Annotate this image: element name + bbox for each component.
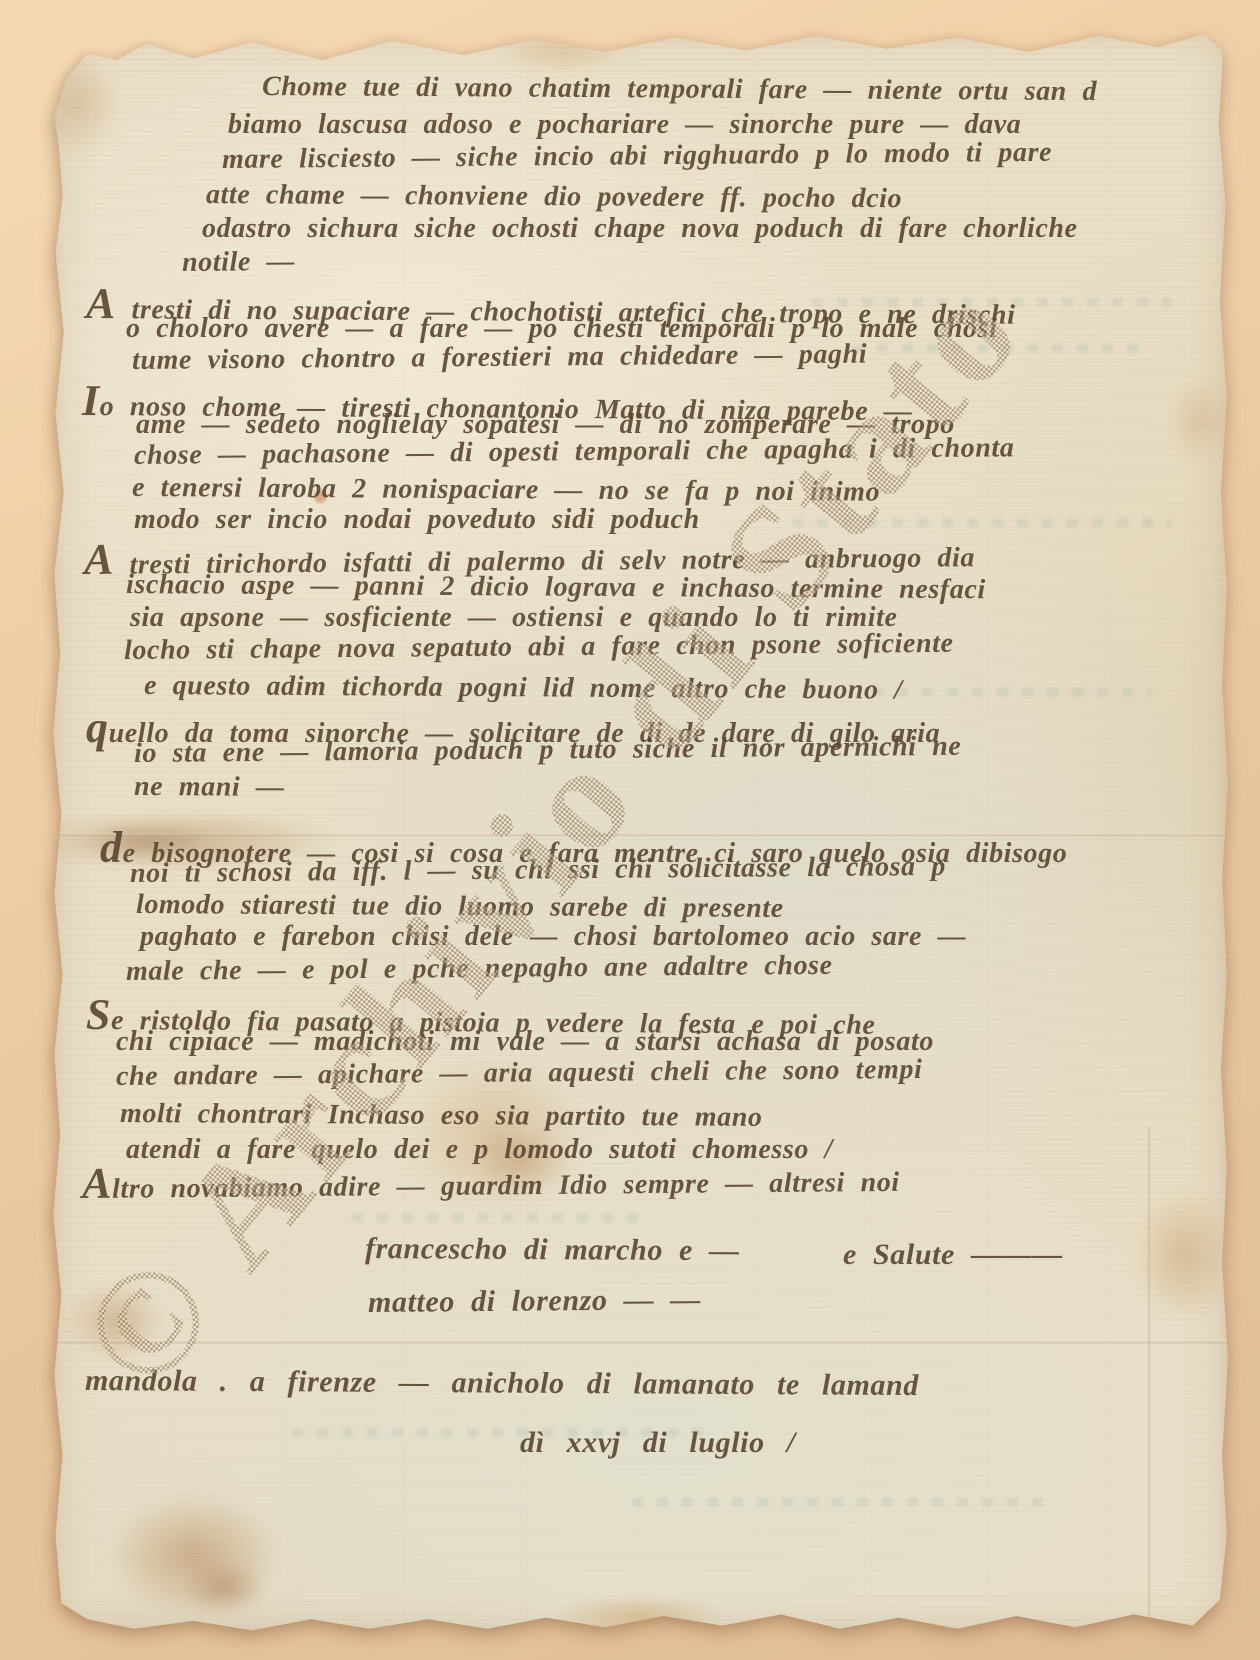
- manuscript-line: noi ti schosi da iff. l — su chi ssi chi…: [130, 853, 946, 888]
- manuscript-line: odastro sichura siche ochosti chape nova…: [202, 215, 1078, 243]
- manuscript-line: che andare — apichare — aria aquesti che…: [116, 1056, 923, 1091]
- manuscript-line: locho sti chape nova sepatuto abi a fare…: [124, 630, 954, 665]
- manuscript-line: biamo lascusa adoso e pochariare — sinor…: [228, 111, 1021, 139]
- manuscript-line: Altro novabiamo adire — guardim Idio sem…: [82, 1155, 900, 1206]
- manuscript-line: paghato e farebon chisi dele — chosi bar…: [140, 923, 966, 951]
- handwriting-layer: Chome tue di vano chatim temporali fare …: [0, 0, 1260, 1660]
- signature-salute: e Salute ———: [843, 1240, 1063, 1270]
- manuscript-line: tume visono chontro a forestieri ma chid…: [132, 341, 867, 375]
- manuscript-line: modo ser incio nodai poveduto sidi poduc…: [134, 506, 700, 534]
- manuscript-line: e questo adim tichorda pogni lid nome al…: [144, 672, 903, 705]
- scan-background: Chome tue di vano chatim temporali fare …: [0, 0, 1260, 1660]
- manuscript-line: sia apsone — sosficiente — ostiensi e qu…: [130, 604, 898, 632]
- manuscript-line: io sta ene — lamoria poduch p tuto siche…: [134, 733, 962, 768]
- manuscript-line: male che — e pol e pche nepagho ane adal…: [126, 952, 833, 986]
- manuscript-line: notile —: [182, 248, 295, 277]
- address-line: mandola . a firenze — anicholo di lamana…: [85, 1366, 919, 1401]
- signature-partner: matteo di lorenzo — —: [368, 1285, 701, 1318]
- manuscript-line: Chome tue di vano chatim temporali fare …: [262, 73, 1097, 106]
- manuscript-line: e tenersi laroba 2 nonispaciare — no se …: [132, 474, 880, 507]
- manuscript-line: ischacio aspe — panni 2 dicio lograva e …: [126, 571, 986, 604]
- manuscript-line: chi cipiace — madichoti mi vale — a star…: [116, 1028, 934, 1056]
- manuscript-line: chose — pachasone — di opesti temporali …: [134, 434, 1015, 470]
- manuscript-line: mare lisciesto — siche incio abi rigghua…: [222, 139, 1052, 174]
- manuscript-line: lomodo stiaresti tue dio luomo sarebe di…: [136, 891, 784, 923]
- manuscript-line: ne mani —: [134, 773, 285, 802]
- manuscript-line: molti chontrari Inchaso eso sia partito …: [120, 1100, 763, 1132]
- date-line: dì xxvj di luglio /: [520, 1428, 796, 1458]
- manuscript-line: atte chame — chonviene dio povedere ff. …: [206, 181, 902, 213]
- signature-company: francescho di marcho e —: [365, 1234, 740, 1266]
